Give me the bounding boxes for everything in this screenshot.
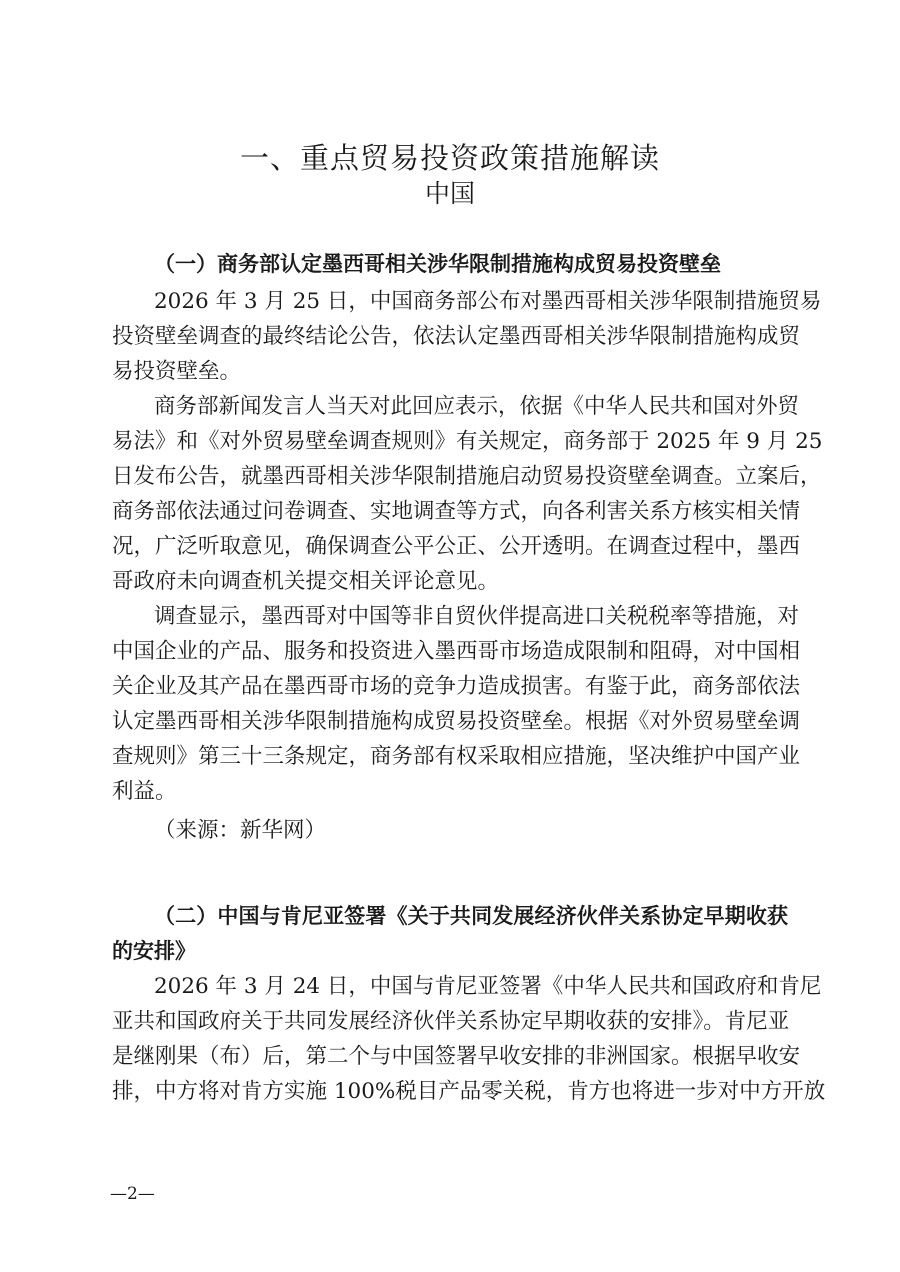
paragraph-line: 是继刚果（布）后，第二个与中国签署早收安排的非洲国家。根据早收安 xyxy=(112,1043,788,1071)
paragraph-line: 关企业及其产品在墨西哥市场的竞争力造成损害。有鉴于此，商务部依法 xyxy=(112,673,788,701)
section-2-heading-cont: 的安排》 xyxy=(112,937,788,965)
paragraph-line: 投资壁垒调查的最终结论公告，依法认定墨西哥相关涉华限制措施构成贸 xyxy=(112,323,788,351)
paragraph-line: 中国企业的产品、服务和投资进入墨西哥市场造成限制和阻碍，对中国相 xyxy=(112,638,788,666)
paragraph-line: 易法》和《对外贸易壁垒调查规则》有关规定，商务部于 2025 年 9 月 25 xyxy=(112,428,788,456)
paragraph-line: 排，中方将对肯方实施 100%税目产品零关税，肯方也将进一步对中方开放 xyxy=(112,1078,788,1106)
paragraph-line: 利益。 xyxy=(112,778,788,806)
paragraph-line: 哥政府未向调查机关提交相关评论意见。 xyxy=(112,568,788,596)
paragraph-line: 商务部新闻发言人当天对此回应表示，依据《中华人民共和国对外贸 xyxy=(154,393,788,421)
paragraph-line: 况，广泛听取意见，确保调查公平公正、公开透明。在调查过程中，墨西 xyxy=(112,533,788,561)
paragraph-line: 认定墨西哥相关涉华限制措施构成贸易投资壁垒。根据《对外贸易壁垒调 xyxy=(112,708,788,736)
document-page: 一、重点贸易投资政策措施解读 中国 （一）商务部认定墨西哥相关涉华限制措施构成贸… xyxy=(0,0,900,1272)
page-number: —2— xyxy=(110,1184,155,1204)
section-1-heading: （一）商务部认定墨西哥相关涉华限制措施构成贸易投资壁垒 xyxy=(154,250,788,278)
paragraph-line: 商务部依法通过问卷调查、实地调查等方式，向各利害关系方核实相关情 xyxy=(112,498,788,526)
paragraph-line: 亚共和国政府关于共同发展经济伙伴关系协定早期收获的安排》。肯尼亚 xyxy=(112,1008,788,1036)
paragraph-line: 日发布公告，就墨西哥相关涉华限制措施启动贸易投资壁垒调查。立案后， xyxy=(112,463,788,491)
paragraph-line: 2026 年 3 月 25 日，中国商务部公布对墨西哥相关涉华限制措施贸易 xyxy=(154,288,788,316)
document-title: 一、重点贸易投资政策措施解读 xyxy=(0,136,900,177)
paragraph-line: 调查显示，墨西哥对中国等非自贸伙伴提高进口关税税率等措施，对 xyxy=(154,603,788,631)
section-2-heading: （二）中国与肯尼亚签署《关于共同发展经济伙伴关系协定早期收获 xyxy=(154,902,788,930)
document-subtitle: 中国 xyxy=(0,174,900,210)
paragraph-line: 查规则》第三十三条规定，商务部有权采取相应措施，坚决维护中国产业 xyxy=(112,743,788,771)
paragraph-line: 2026 年 3 月 24 日，中国与肯尼亚签署《中华人民共和国政府和肯尼 xyxy=(154,973,788,1001)
source-note: （来源：新华网） xyxy=(154,817,788,845)
paragraph-line: 易投资壁垒。 xyxy=(112,358,788,386)
